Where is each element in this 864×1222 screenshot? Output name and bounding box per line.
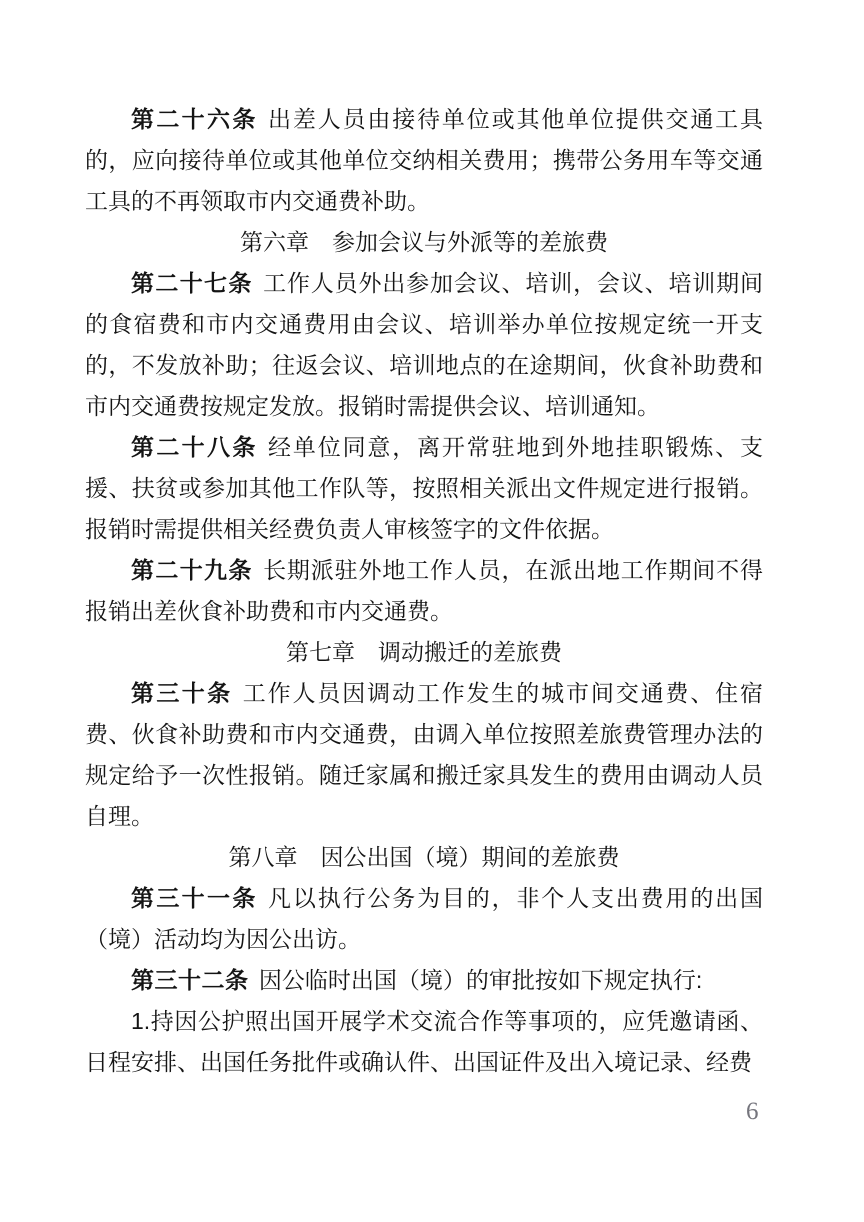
article-number-label: 第二十八条 xyxy=(131,434,258,460)
article-number-label: 第二十九条 xyxy=(131,557,253,583)
paragraph-text: 因公临时出国（境）的审批按如下规定执行: xyxy=(259,967,702,993)
paragraph-article-30: 第三十条工作人员因调动工作发生的城市间交通费、住宿费、伙食补助费和市内交通费，由… xyxy=(85,673,763,837)
chapter-heading-7: 第七章 调动搬迁的差旅费 xyxy=(85,632,763,673)
paragraph-article-26: 第二十六条出差人员由接待单位或其他单位提供交通工具的，应向接待单位或其他单位交纳… xyxy=(85,99,763,222)
paragraph-article-31: 第三十一条凡以执行公务为目的，非个人支出费用的出国（境）活动均为因公出访。 xyxy=(85,878,763,960)
document-body: 第二十六条出差人员由接待单位或其他单位提供交通工具的，应向接待单位或其他单位交纳… xyxy=(85,99,763,1083)
paragraph-article-32: 第三十二条因公临时出国（境）的审批按如下规定执行: xyxy=(85,960,763,1001)
article-number-label: 第三十二条 xyxy=(131,967,249,993)
document-page: 第二十六条出差人员由接待单位或其他单位提供交通工具的，应向接待单位或其他单位交纳… xyxy=(0,0,864,1222)
paragraph-item-1: 1.持因公护照出国开展学术交流合作等事项的，应凭邀请函、日程安排、出国任务批件或… xyxy=(85,1001,763,1083)
page-number: 6 xyxy=(746,1098,759,1126)
article-number-label: 第三十条 xyxy=(131,680,232,706)
paragraph-article-27: 第二十七条工作人员外出参加会议、培训，会议、培训期间的食宿费和市内交通费用由会议… xyxy=(85,263,763,427)
chapter-heading-8: 第八章 因公出国（境）期间的差旅费 xyxy=(85,837,763,878)
paragraph-article-28: 第二十八条经单位同意，离开常驻地到外地挂职锻炼、支援、扶贫或参加其他工作队等，按… xyxy=(85,427,763,550)
paragraph-article-29: 第二十九条长期派驻外地工作人员，在派出地工作期间不得报销出差伙食补助费和市内交通… xyxy=(85,550,763,632)
article-number-label: 第三十一条 xyxy=(131,885,258,911)
paragraph-text: 1.持因公护照出国开展学术交流合作等事项的，应凭邀请函、日程安排、出国任务批件或… xyxy=(85,1008,763,1075)
article-number-label: 第二十七条 xyxy=(131,270,253,296)
chapter-heading-6: 第六章 参加会议与外派等的差旅费 xyxy=(85,222,763,263)
article-number-label: 第二十六条 xyxy=(131,106,258,132)
